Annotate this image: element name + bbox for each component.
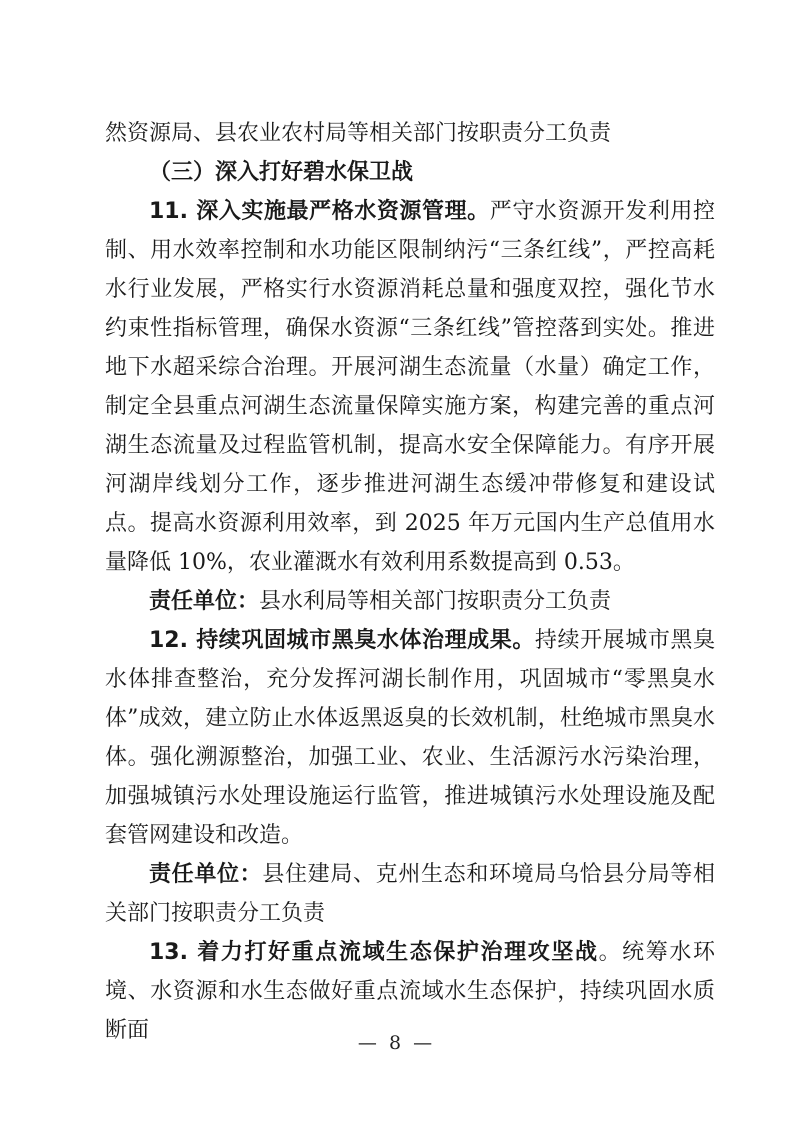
text-segment: 县水利局等相关部门按职责分工负责 [259, 589, 611, 614]
page-number: — 8 — [0, 1032, 793, 1054]
document-body: 然资源局、县农业农村局等相关部门按职责分工负责（三）深入打好碧水保卫战11. 深… [105, 114, 715, 1050]
text-segment: （三）深入打好碧水保卫战 [149, 160, 413, 185]
paragraph: 然资源局、县农业农村局等相关部门按职责分工负责 [105, 114, 715, 153]
text-segment: 12. 持续巩固城市黑臭水体治理成果。 [149, 628, 535, 653]
paragraph: 责任单位：县水利局等相关部门按职责分工负责 [105, 582, 715, 621]
document-page: 然资源局、县农业农村局等相关部门按职责分工负责（三）深入打好碧水保卫战11. 深… [0, 0, 793, 1122]
paragraph: （三）深入打好碧水保卫战 [105, 153, 715, 192]
text-segment: 然资源局、县农业农村局等相关部门按职责分工负责 [105, 121, 611, 146]
text-segment: 11. 深入实施最严格水资源管理。 [149, 199, 490, 224]
text-segment: 责任单位： [149, 862, 262, 887]
text-segment: 严守水资源开发利用控制、用水效率控制和水功能区限制纳污“三条红线”，严控高耗水行… [105, 199, 715, 575]
text-segment: 持续开展城市黑臭水体排查整治，充分发挥河湖长制作用，巩固城市“零黑臭水体”成效，… [105, 628, 715, 848]
paragraph: 11. 深入实施最严格水资源管理。严守水资源开发利用控制、用水效率控制和水功能区… [105, 192, 715, 582]
paragraph: 责任单位：县住建局、克州生态和环境局乌恰县分局等相关部门按职责分工负责 [105, 855, 715, 933]
paragraph: 12. 持续巩固城市黑臭水体治理成果。持续开展城市黑臭水体排查整治，充分发挥河湖… [105, 621, 715, 855]
text-segment: 责任单位： [149, 589, 259, 614]
text-segment: 13. 着力打好重点流域生态保护治理攻坚战 [149, 940, 599, 965]
